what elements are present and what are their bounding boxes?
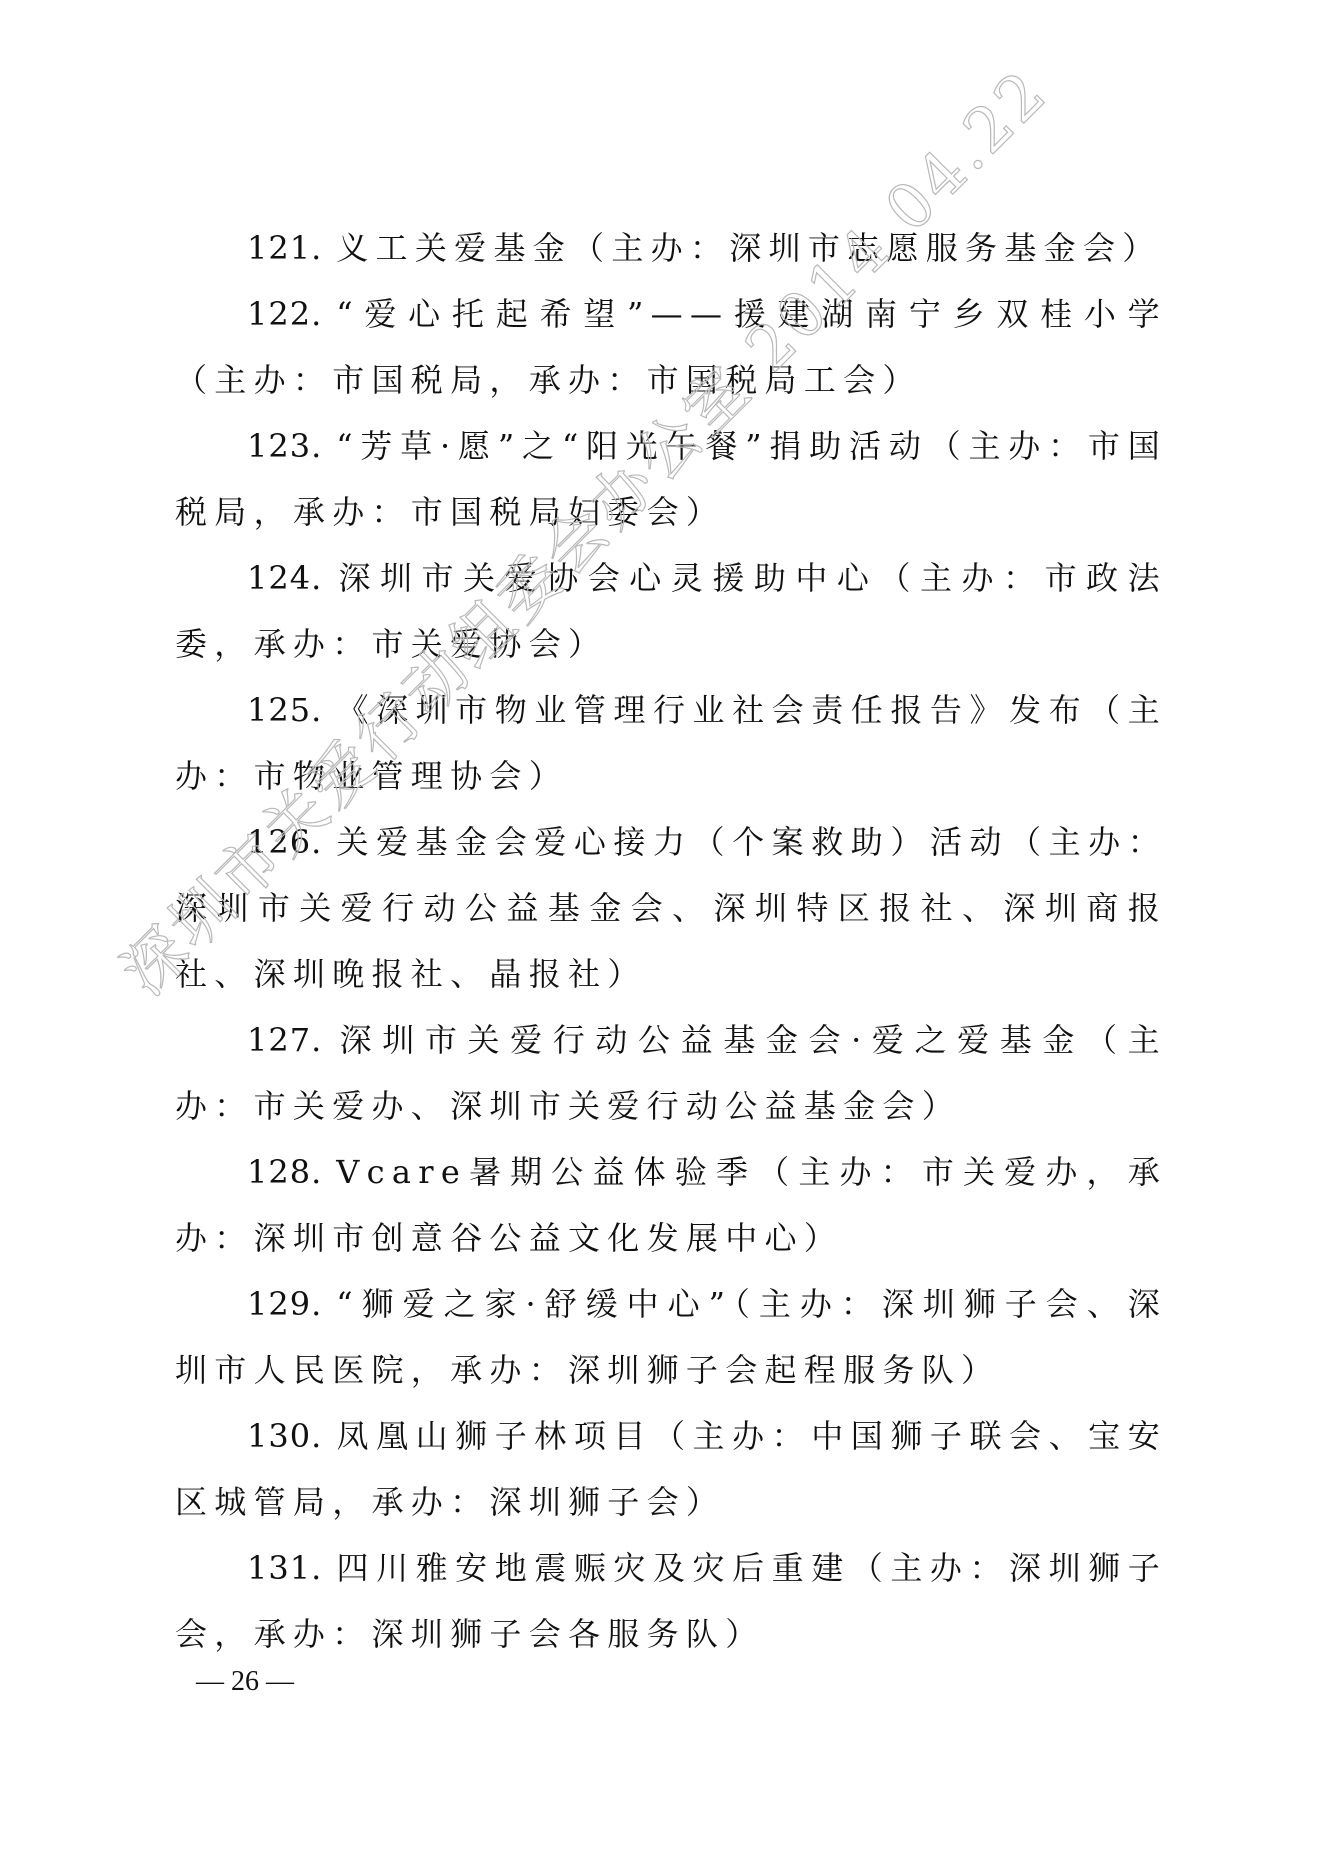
item-text: “芳草·愿”之“阳光午餐”捐助活动（主办：市国税局，承办：市国税局妇委会）: [175, 427, 1167, 531]
item-text: Vcare暑期公益体验季（主办：市关爱办，承办：深圳市创意谷公益文化发展中心）: [175, 1153, 1167, 1257]
item-number: 128.: [247, 1153, 322, 1191]
item-number: 129.: [247, 1285, 322, 1323]
list-item-125: 125.《深圳市物业管理行业社会责任报告》发布（主办：市物业管理协会）: [175, 677, 1167, 809]
list-item-130: 130.凤凰山狮子林项目（主办：中国狮子联会、宝安区城管局，承办：深圳狮子会）: [175, 1403, 1167, 1535]
item-number: 131.: [247, 1549, 322, 1587]
item-number: 121.: [247, 229, 322, 267]
item-text: 《深圳市物业管理行业社会责任报告》发布（主办：市物业管理协会）: [175, 691, 1167, 795]
document-page: 121.义工关爱基金（主办：深圳市志愿服务基金会） 122.“爱心托起希望”——…: [0, 0, 1323, 1871]
item-text: “爱心托起希望”——援建湖南宁乡双桂小学（主办：市国税局，承办：市国税局工会）: [175, 295, 1167, 399]
list-item-124: 124.深圳市关爱协会心灵援助中心（主办：市政法委，承办：市关爱协会）: [175, 545, 1167, 677]
item-text: “狮爱之家·舒缓中心”（主办：深圳狮子会、深圳市人民医院，承办：深圳狮子会起程服…: [175, 1285, 1167, 1389]
item-text: 关爱基金会爱心接力（个案救助）活动（主办：深圳市关爱行动公益基金会、深圳特区报社…: [175, 823, 1167, 993]
item-text: 四川雅安地震赈灾及灾后重建（主办：深圳狮子会，承办：深圳狮子会各服务队）: [175, 1549, 1167, 1653]
item-number: 125.: [247, 691, 322, 729]
page-number: — 26 —: [196, 1666, 294, 1698]
item-number: 130.: [247, 1417, 322, 1455]
list-item-128: 128.Vcare暑期公益体验季（主办：市关爱办，承办：深圳市创意谷公益文化发展…: [175, 1139, 1167, 1271]
list-item-121: 121.义工关爱基金（主办：深圳市志愿服务基金会）: [175, 215, 1167, 281]
list-item-126: 126.关爱基金会爱心接力（个案救助）活动（主办：深圳市关爱行动公益基金会、深圳…: [175, 809, 1167, 1007]
list-item-131: 131.四川雅安地震赈灾及灾后重建（主办：深圳狮子会，承办：深圳狮子会各服务队）: [175, 1535, 1167, 1667]
item-number: 122.: [247, 295, 322, 333]
item-number: 123.: [247, 427, 322, 465]
item-number: 127.: [247, 1021, 322, 1059]
list-item-127: 127.深圳市关爱行动公益基金会·爱之爱基金（主办：市关爱办、深圳市关爱行动公益…: [175, 1007, 1167, 1139]
item-number: 124.: [247, 559, 322, 597]
list-item-129: 129.“狮爱之家·舒缓中心”（主办：深圳狮子会、深圳市人民医院，承办：深圳狮子…: [175, 1271, 1167, 1403]
item-text: 深圳市关爱协会心灵援助中心（主办：市政法委，承办：市关爱协会）: [175, 559, 1167, 663]
item-text: 义工关爱基金（主办：深圳市志愿服务基金会）: [336, 229, 1161, 267]
list-item-123: 123.“芳草·愿”之“阳光午餐”捐助活动（主办：市国税局，承办：市国税局妇委会…: [175, 413, 1167, 545]
item-text: 凤凰山狮子林项目（主办：中国狮子联会、宝安区城管局，承办：深圳狮子会）: [175, 1417, 1167, 1521]
item-list: 121.义工关爱基金（主办：深圳市志愿服务基金会） 122.“爱心托起希望”——…: [175, 215, 1167, 1667]
item-text: 深圳市关爱行动公益基金会·爱之爱基金（主办：市关爱办、深圳市关爱行动公益基金会）: [175, 1021, 1167, 1125]
item-number: 126.: [247, 823, 322, 861]
list-item-122: 122.“爱心托起希望”——援建湖南宁乡双桂小学（主办：市国税局，承办：市国税局…: [175, 281, 1167, 413]
